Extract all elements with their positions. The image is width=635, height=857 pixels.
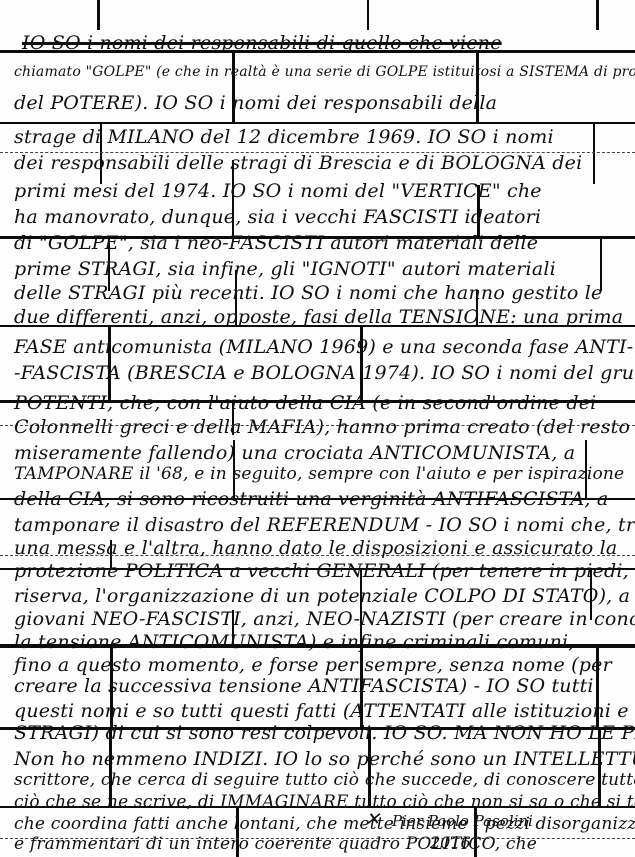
manuscript-line: che coordina fatti anche lontani, che me… <box>14 814 635 834</box>
manuscript-line: la tensione ANTICOMUNISTA) e infine crim… <box>14 631 575 653</box>
manuscript-line: ha manovrato, dunque, sia i vecchi FASCI… <box>14 206 541 228</box>
manuscript-line: Non ho nemmeno INDIZI. IO lo so perché s… <box>14 748 635 770</box>
manuscript-line: IO SO i nomi dei responsabili di quello … <box>22 32 502 54</box>
manuscript-line: -FASCISTA (BRESCIA e BOLOGNA 1974). IO S… <box>14 362 635 384</box>
manuscript-line: di "GOLPE", sia i neo-FASCISTI autori ma… <box>14 232 538 254</box>
manuscript-line: creare la successiva tensione ANTIFASCIS… <box>14 675 594 697</box>
manuscript-line: miseramente fallendo) una crociata ANTIC… <box>14 442 575 464</box>
manuscript-line: chiamato "GOLPE" (e che in realtà è una … <box>14 64 635 80</box>
manuscript-line: Colonnelli greci e della MAFIA), hanno p… <box>14 416 630 438</box>
grid-bar <box>596 0 599 30</box>
grid-bar <box>97 0 100 30</box>
rule-line <box>0 122 635 124</box>
manuscript-line: STRAGI) di cui si sono resi colpevoli. I… <box>14 722 635 744</box>
manuscript-line: fino a questo momento, e forse per sempr… <box>14 654 612 676</box>
manuscript-line: del POTERE). IO SO i nomi dei responsabi… <box>14 92 497 114</box>
manuscript-line: strage di MILANO del 12 dicembre 1969. I… <box>14 126 554 148</box>
grid-bar <box>593 124 595 184</box>
manuscript-line: prime STRAGI, sia infine, gli "IGNOTI" a… <box>14 258 556 280</box>
grid-bar <box>367 0 369 30</box>
manuscript-line: una messa e l'altra, hanno dato le dispo… <box>14 537 617 559</box>
manuscript-line: ciò che se ne scrive, di IMMAGINARE tutt… <box>14 792 635 812</box>
manuscript-line: questi nomi e so tutti questi fatti (ATT… <box>14 700 629 722</box>
manuscript-line: delle STRAGI più recenti. IO SO i nomi c… <box>14 282 603 304</box>
manuscript-line: della CIA, si sono ricostruiti una vergi… <box>14 488 608 510</box>
manuscript-line: protezione POLITICA a vecchi GENERALI (p… <box>14 560 635 582</box>
manuscript-line: giovani NEO-FASCISTI, anzi, NEO-NAZISTI … <box>14 608 635 630</box>
manuscript-line: POTENTI, che, con l'aiuto della CIA (e i… <box>14 392 596 414</box>
signature-name: Pier Paolo Pasolini <box>392 812 533 830</box>
signature-year: 2016 <box>430 833 471 852</box>
signature-marker: ✕ <box>365 809 380 830</box>
manuscript-line: tamponare il disastro del REFERENDUM - I… <box>14 514 635 536</box>
manuscript-line: TAMPONARE il '68, e in seguito, sempre c… <box>14 464 624 484</box>
manuscript-line: FASE anticomunista (MILANO 1969) e una s… <box>14 336 633 358</box>
manuscript-line: due differenti, anzi, opposte, fasi dell… <box>14 306 623 328</box>
manuscript-line: dei responsabili delle stragi di Brescia… <box>14 152 582 174</box>
manuscript-page: IO SO i nomi dei responsabili di quello … <box>0 0 635 857</box>
manuscript-line: scrittore, che cerca di seguire tutto ci… <box>14 770 635 790</box>
manuscript-line: riserva, l'organizzazione di un potenzia… <box>14 585 630 607</box>
manuscript-line: primi mesi del 1974. IO SO i nomi del "V… <box>14 180 542 202</box>
